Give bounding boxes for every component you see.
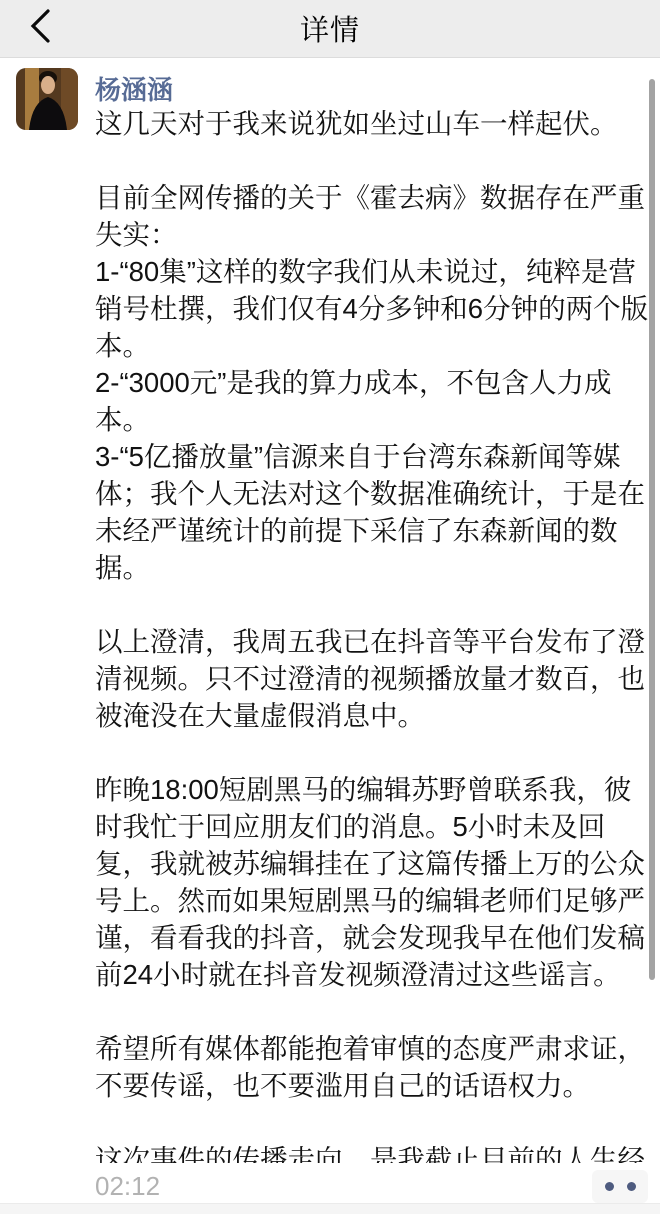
page-title: 详情 [300,8,360,49]
post-footer: 02:12 [95,1168,648,1204]
avatar[interactable] [16,68,78,130]
post-timestamp: 02:12 [95,1171,160,1202]
more-actions-button[interactable] [592,1170,648,1203]
scrollbar-thumb[interactable] [649,79,655,980]
bottom-strip [0,1203,660,1214]
chevron-left-icon [29,8,51,49]
dot-icon [627,1182,636,1191]
author-name[interactable]: 杨涵涵 [95,70,173,107]
moments-detail-screen: 详情 杨涵涵 这几天对于我来说犹如坐过山车一样起伏。 目前全网传播的关于《霍去病… [0,0,660,1214]
dot-icon [605,1182,614,1191]
header-bar: 详情 [0,0,660,58]
portrait-photo-icon [16,68,78,130]
post-content: 这几天对于我来说犹如坐过山车一样起伏。 目前全网传播的关于《霍去病》数据存在严重… [95,105,652,1163]
back-button[interactable] [14,0,66,57]
